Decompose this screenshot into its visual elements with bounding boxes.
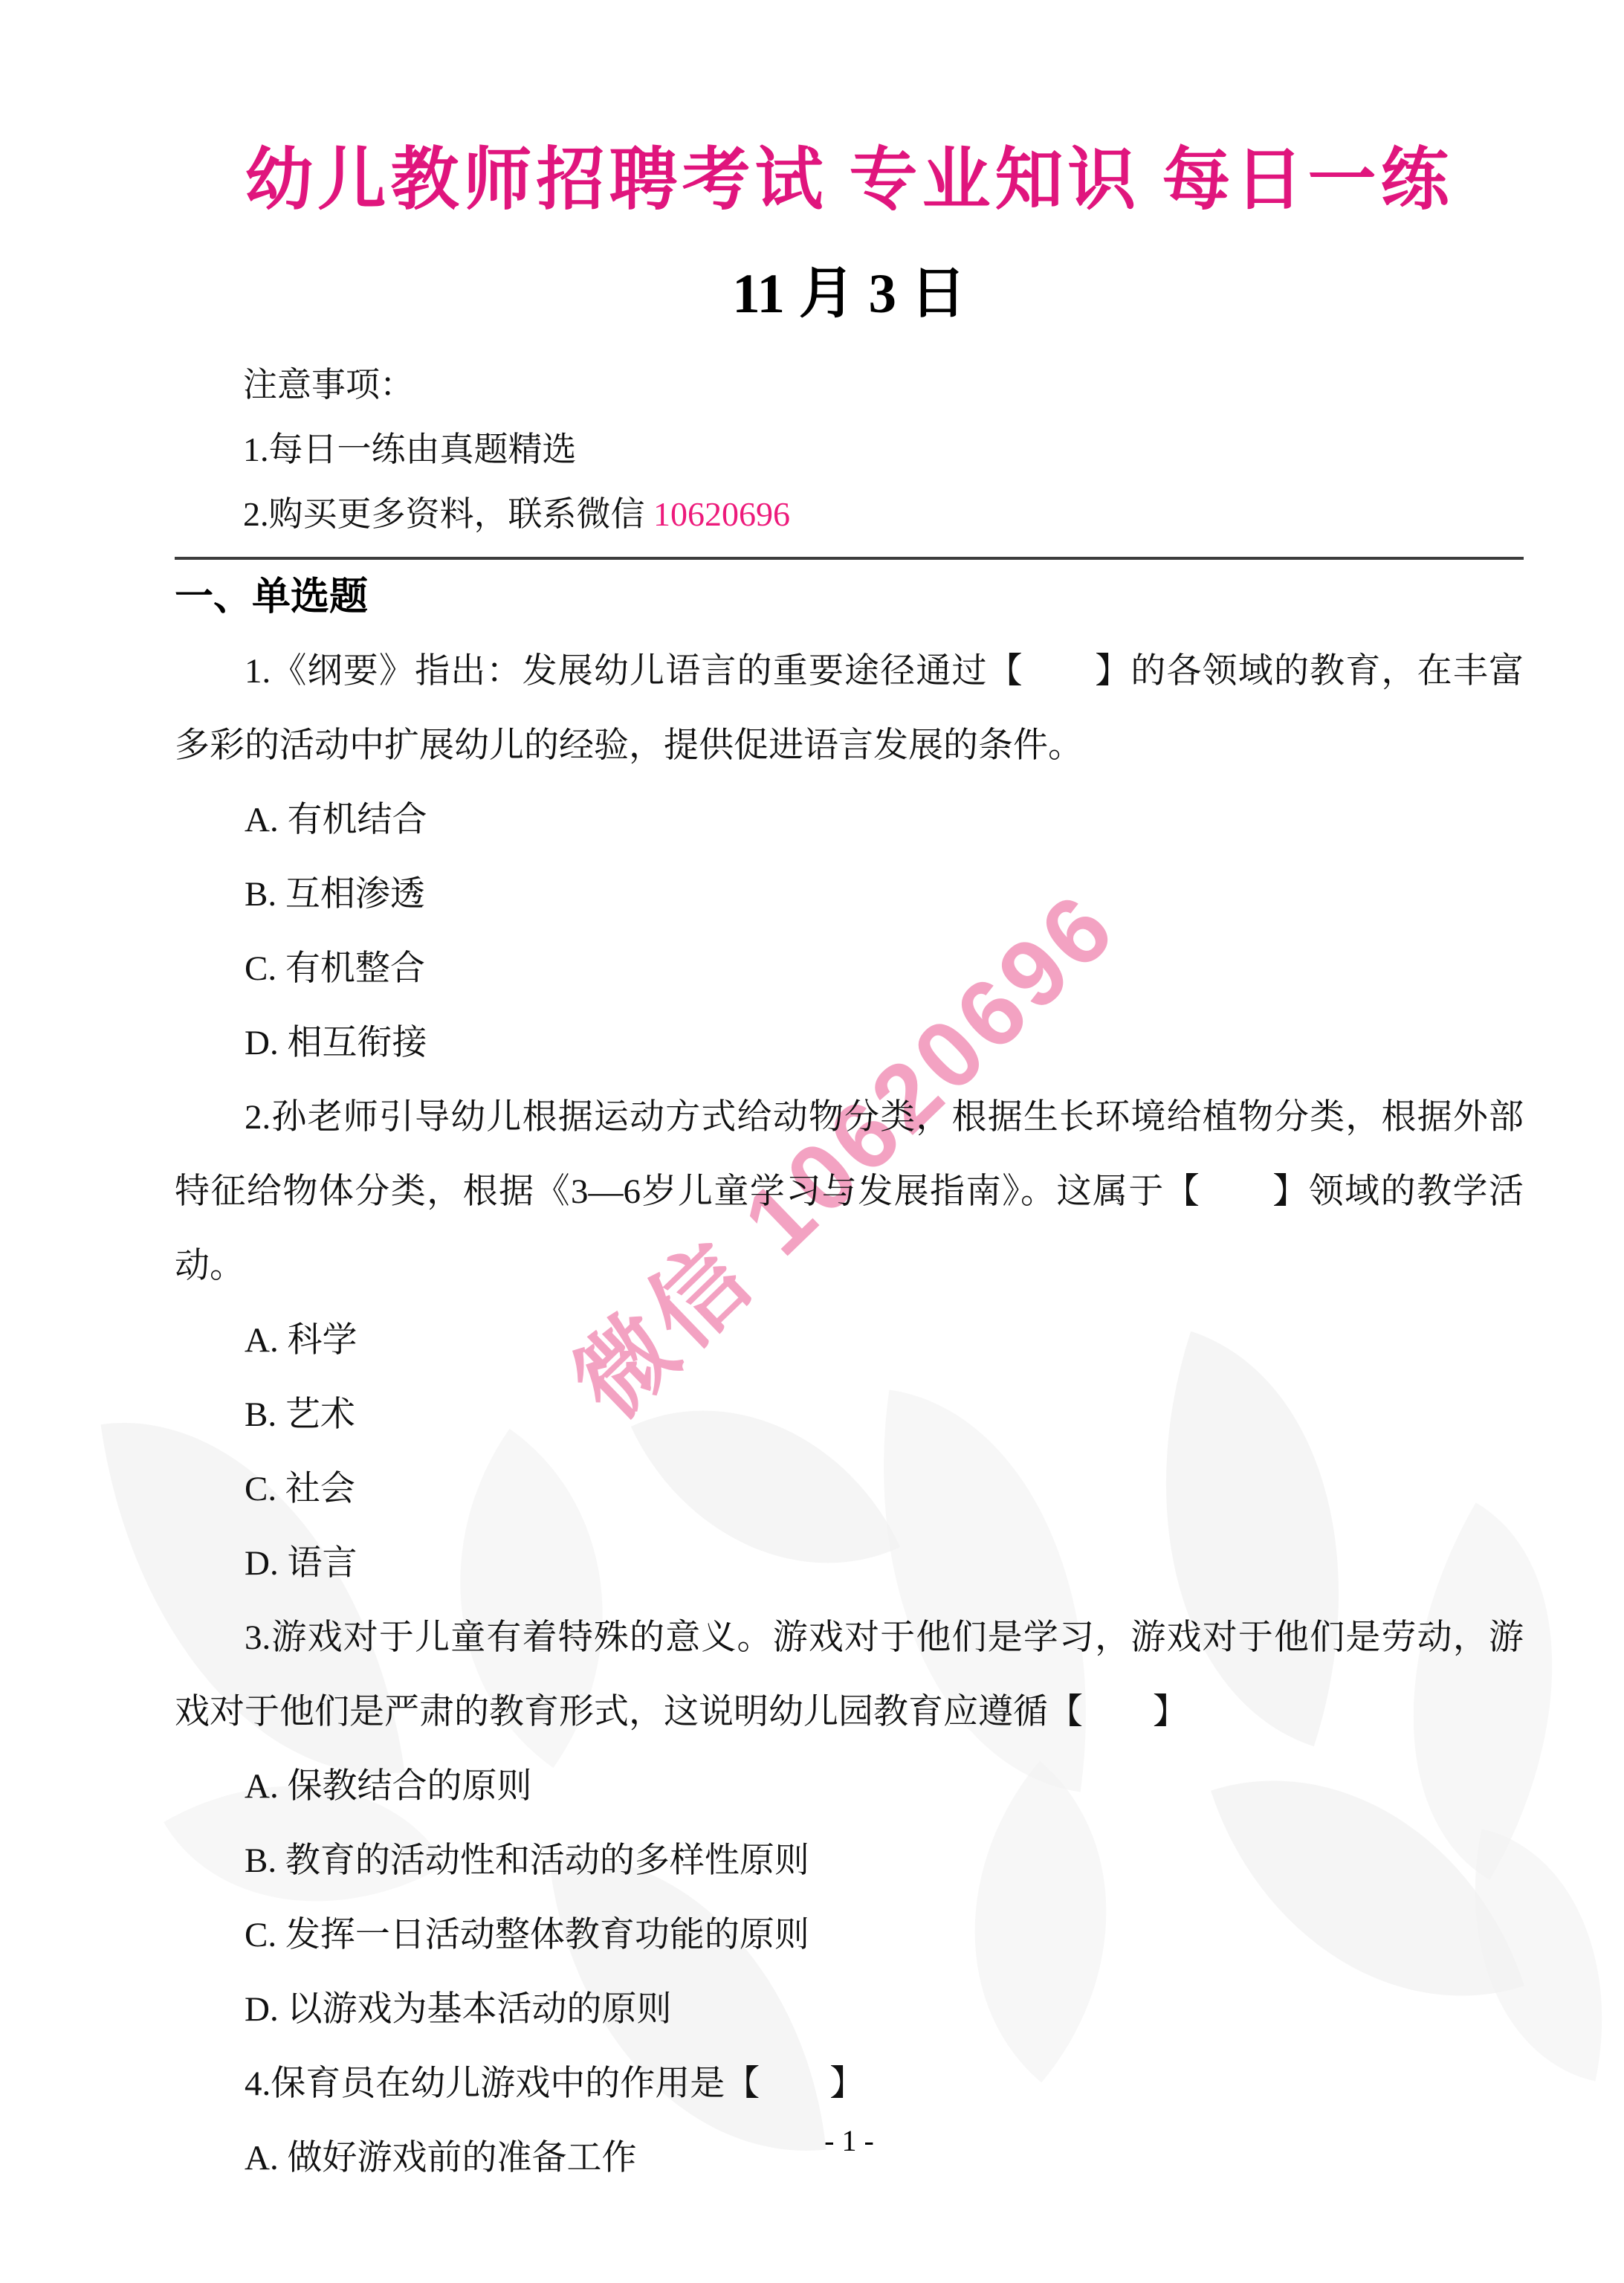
question-3-stem: 3.游戏对于儿童有着特殊的意义。游戏对于他们是学习，游戏对于他们是劳动，游戏对于… bbox=[175, 1601, 1524, 1749]
notice-block: 注意事项： 1.每日一练由真题精选 2.购买更多资料，联系微信 10620696 bbox=[175, 352, 1524, 546]
notice-item-2-text: 2.购买更多资料，联系微信 bbox=[243, 495, 653, 533]
page-number: - 1 - bbox=[175, 2123, 1524, 2158]
document-page: 微信 10620696 幼儿教师招聘考试 专业知识 每日一练 11 月 3 日 … bbox=[0, 0, 1624, 2283]
question-2-option-a: A. 科学 bbox=[175, 1303, 1524, 1378]
question-3-option-c: C. 发挥一日活动整体教育功能的原则 bbox=[175, 1898, 1524, 1972]
question-2-option-c: C. 社会 bbox=[175, 1452, 1524, 1526]
question-2-stem: 2.孙老师引导幼儿根据运动方式给动物分类，根据生长环境给植物分类，根据外部特征给… bbox=[175, 1080, 1524, 1303]
question-1-option-c: C. 有机整合 bbox=[175, 931, 1524, 1006]
question-3-option-d: D. 以游戏为基本活动的原则 bbox=[175, 1972, 1524, 2047]
question-2-option-b: B. 艺术 bbox=[175, 1378, 1524, 1452]
document-content: 幼儿教师招聘考试 专业知识 每日一练 11 月 3 日 注意事项： 1.每日一练… bbox=[175, 138, 1524, 2195]
section-heading: 一、单选题 bbox=[175, 560, 1524, 634]
notice-heading: 注意事项： bbox=[175, 352, 1524, 417]
notice-item-1: 1.每日一练由真题精选 bbox=[175, 417, 1524, 482]
question-2-option-d: D. 语言 bbox=[175, 1526, 1524, 1601]
page-date: 11 月 3 日 bbox=[175, 259, 1524, 330]
question-1-stem: 1.《纲要》指出：发展幼儿语言的重要途径通过【 】的各领域的教育，在丰富多彩的活… bbox=[175, 634, 1524, 783]
notice-item-2: 2.购买更多资料，联系微信 10620696 bbox=[175, 482, 1524, 546]
page-title: 幼儿教师招聘考试 专业知识 每日一练 bbox=[175, 138, 1524, 222]
question-1-option-b: B. 互相渗透 bbox=[175, 857, 1524, 931]
question-1-option-a: A. 有机结合 bbox=[175, 783, 1524, 857]
wechat-number: 10620696 bbox=[653, 495, 790, 533]
question-3-option-a: A. 保教结合的原则 bbox=[175, 1749, 1524, 1824]
question-1-option-d: D. 相互衔接 bbox=[175, 1006, 1524, 1080]
question-4-stem: 4.保育员在幼儿游戏中的作用是【 】 bbox=[175, 2047, 1524, 2121]
question-3-option-b: B. 教育的活动性和活动的多样性原则 bbox=[175, 1824, 1524, 1898]
